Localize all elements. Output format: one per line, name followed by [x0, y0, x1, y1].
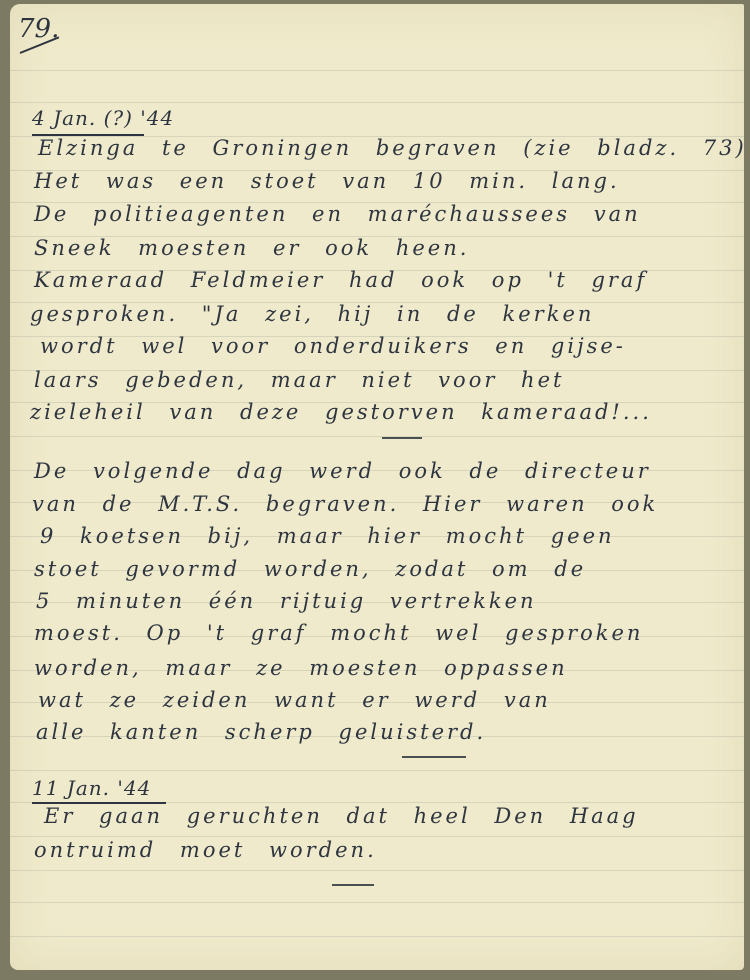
ruled-line [10, 436, 744, 437]
text-line: laars gebeden, maar niet voor het [34, 368, 564, 392]
section-divider [332, 884, 374, 886]
text-line: wat ze zeiden want er werd van [38, 688, 551, 712]
section-divider [402, 756, 466, 758]
entry-date: 11 Jan. '44 [32, 776, 151, 800]
entry-date: 4 Jan. (?) '44 [32, 106, 174, 130]
text-line: De politieagenten en maréchaussees van [34, 202, 641, 226]
ruled-line [10, 836, 744, 837]
text-line: gesproken. "Ja zei, hij in de kerken [30, 302, 594, 326]
text-line: ontruimd moet worden. [34, 838, 377, 862]
text-line: 5 minuten één rijtuig vertrekken [36, 589, 537, 613]
text-line: alle kanten scherp geluisterd. [36, 720, 486, 744]
text-line: stoet gevormd worden, zodat om de [34, 557, 586, 581]
text-line: worden, maar ze moesten oppassen [34, 656, 568, 680]
text-line: Er gaan geruchten dat heel Den Haag [44, 804, 639, 828]
text-line: zieleheil van deze gestorven kameraad!..… [30, 400, 652, 424]
text-line: Kameraad Feldmeier had ook op 't graf [34, 268, 647, 292]
ruled-line [10, 70, 744, 71]
diary-page: 79. 4 Jan. (?) '44 Elzinga te Groningen … [10, 4, 744, 970]
text-line: Het was een stoet van 10 min. lang. [34, 169, 620, 193]
text-line: moest. Op 't graf mocht wel gesproken [34, 621, 643, 645]
text-line: Sneek moesten er ook heen. [34, 236, 469, 260]
ruled-line [10, 770, 744, 771]
ruled-line [10, 902, 744, 903]
ruled-line [10, 102, 744, 103]
ruled-line [10, 870, 744, 871]
ruled-line [10, 936, 744, 937]
text-line: Elzinga te Groningen begraven (zie bladz… [38, 136, 744, 160]
text-line: De volgende dag werd ook de directeur [34, 459, 651, 483]
section-divider [382, 437, 422, 439]
text-line: wordt wel voor onderduikers en gijse- [40, 334, 626, 358]
text-line: van de M.T.S. begraven. Hier waren ook [32, 492, 658, 516]
text-line: 9 koetsen bij, maar hier mocht geen [40, 524, 615, 548]
